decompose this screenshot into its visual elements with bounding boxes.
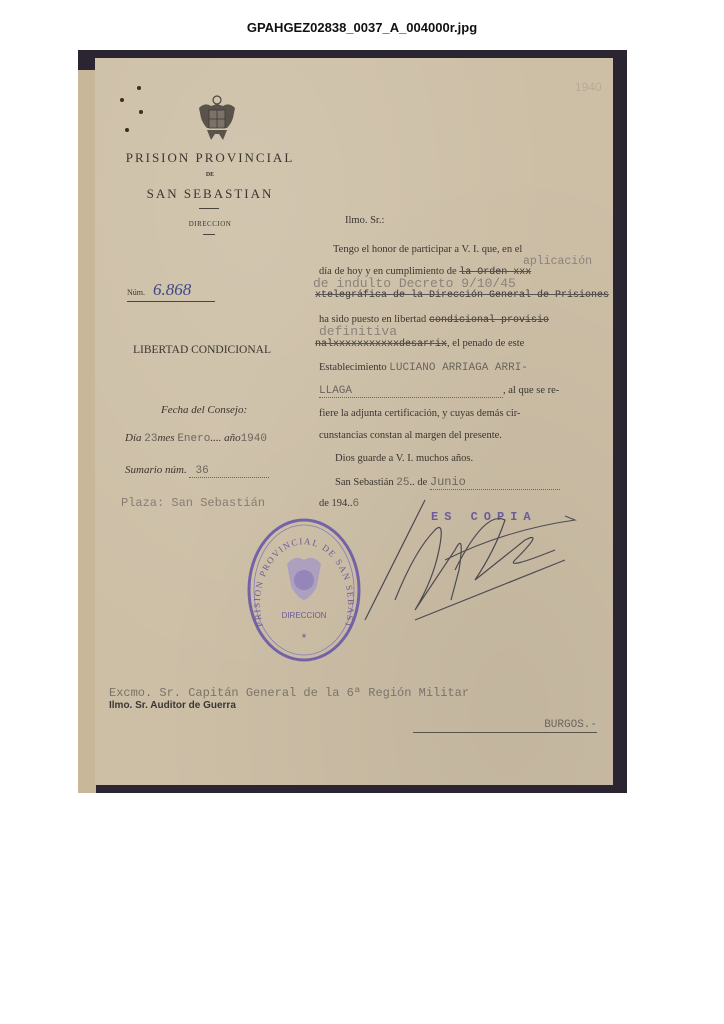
letterhead-divider — [203, 234, 215, 235]
addressee-city-field: BURGOS.- — [413, 714, 597, 733]
typed-insert-definitiva: definitiva — [319, 324, 397, 339]
dia-label: Día — [125, 432, 142, 444]
struck-text: nalxxxxxxxxxxxdesarrix — [315, 339, 447, 350]
stamp-center-text: DIRECCION — [282, 611, 327, 620]
letterhead-direccion: DIRECCION — [115, 220, 305, 228]
letter-line-5: nalxxxxxxxxxxxdesarrix, el penado de est… — [315, 338, 524, 350]
addressee-line-1: Excmo. Sr. Capitán General de la 6ª Regi… — [109, 686, 469, 700]
addressee-line-2: Ilmo. Sr. Auditor de Guerra — [109, 700, 236, 711]
dia-value: 23 — [144, 433, 157, 445]
struck-text: condicional provisio — [429, 315, 549, 326]
day-value: 25 — [396, 477, 409, 489]
place-date-line: San Sebastián 25.. de Junio — [335, 475, 560, 490]
mes-value: Enero — [177, 433, 210, 445]
punch-hole — [125, 128, 129, 132]
letter-line-5-text: , el penado de este — [447, 338, 524, 349]
letterhead-divider — [199, 208, 219, 209]
salutation: Ilmo. Sr.: — [345, 215, 384, 226]
place: San Sebastián — [335, 477, 394, 488]
typed-insert-decreto: de indulto Decreto 9/10/45 — [313, 276, 516, 291]
section-title: LIBERTAD CONDICIONAL — [133, 344, 271, 356]
struck-text: xtelegráfica de la Dirección General de … — [315, 290, 609, 301]
sumario-line: Sumario núm. 36 — [125, 464, 269, 478]
letter-line-7: LLAGA, al que se re- — [319, 385, 559, 398]
sumario-value: 36 — [195, 465, 208, 477]
consejo-label: Fecha del Consejo: — [161, 404, 247, 416]
handwritten-signature-icon — [355, 490, 585, 630]
num-value: 6.868 — [153, 280, 191, 299]
file-name-header: GPAHGEZ02838_0037_A_004000r.jpg — [0, 20, 724, 35]
prison-seal-stamp: PRISION PROVINCIAL DE SAN SEBASTIAN DIRE… — [245, 516, 363, 664]
paper-left-edge — [78, 70, 96, 793]
month-field: Junio — [430, 475, 560, 490]
ano-value: 1940 — [241, 433, 267, 445]
letterhead-city: SAN SEBASTIAN — [115, 186, 305, 202]
document-page: 1940 PRISION PROVINCIAL DE SAN SEBASTIAN… — [95, 58, 613, 785]
sumario-label: Sumario núm. — [125, 464, 187, 476]
corner-pencil-note: 1940 — [575, 80, 602, 94]
closing: Dios guarde a V. I. muchos años. — [335, 453, 473, 464]
stamp-star: * — [302, 631, 307, 645]
establecimiento-line: Establecimiento LUCIANO ARRIAGA ARRI- — [319, 362, 528, 374]
establecimiento-label: Establecimiento — [319, 362, 387, 373]
plaza-line: Plaza: San Sebastián — [121, 496, 265, 510]
letter-line-1: Tengo el honor de participar a V. I. que… — [333, 244, 522, 255]
date-line: Día 23mes Enero.... año1940 — [125, 432, 267, 445]
letterhead-institution: PRISION PROVINCIAL — [115, 150, 305, 166]
prisoner-name-part1: LUCIANO ARRIAGA ARRI- — [389, 362, 528, 374]
de-text: de — [417, 477, 427, 488]
month-value: Junio — [430, 475, 466, 489]
punch-hole — [139, 110, 143, 114]
letter-line-7-text: , al que se re- — [503, 385, 559, 396]
num-field: Núm. 6.868 — [127, 280, 215, 302]
punch-hole — [137, 86, 141, 90]
prisoner-name-field: LLAGA — [319, 385, 503, 398]
typed-insert-aplicacion: aplicación — [523, 255, 592, 268]
num-label: Núm. — [127, 288, 145, 297]
letter-line-8: fiere la adjunta certificación, y cuyas … — [319, 408, 521, 419]
year-prefix: de 194 — [319, 498, 347, 509]
punch-hole — [120, 98, 124, 102]
sumario-value-field: 36 — [189, 464, 269, 478]
eagle-coat-of-arms-icon — [195, 94, 239, 146]
addressee-city: BURGOS.- — [544, 719, 597, 731]
ano-label: año — [224, 432, 241, 444]
letterhead-de: DE — [115, 172, 305, 178]
letter-line-9: cunstancias constan al margen del presen… — [319, 430, 502, 441]
year-line: de 194..6 — [319, 498, 359, 510]
mes-label: mes — [157, 432, 174, 444]
prisoner-name-part2: LLAGA — [319, 385, 352, 397]
